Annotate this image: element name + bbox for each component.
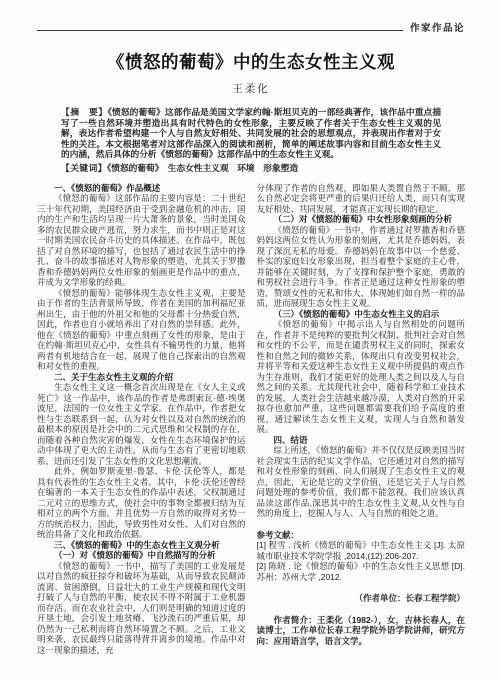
right-column: 分体现了作者的自然观，即如果人类置自然于不顾，那么自然必定会将更严重的后果归还给… [257,183,466,656]
body-paragraph: 《愤怒的葡萄》一书中，描写了美国的工业发展是以对自然的疯狂掠夺和破坏为基础，从而… [37,561,246,656]
section-heading: 一、《愤怒的葡萄》作品概述 [37,183,246,194]
abstract-label: 【摘 要】 [61,107,108,117]
section-heading: 三、《愤怒的葡萄》中的生态女性主义观分析 [37,540,246,551]
continuation-paragraph: 分体现了作者的自然观，即如果人类置自然于不顾，那么自然必定会将更严重的后果归还给… [257,183,466,215]
section-heading: （三）《愤怒的葡萄》中生态女性主义的启示 [257,309,466,320]
column-section-label: 作家作品论 [403,20,465,34]
section-heading: 二、关于生态女性主义观的介绍 [37,372,246,383]
header-rule [37,30,403,31]
section-heading: （二）对《愤怒的葡萄》中女性形象刻画的分析 [257,214,466,225]
reference-item: [2] 陈晓 . 论《愤怒的葡萄》中的生态女性主义思想 [D]. 苏州：苏州大学… [257,561,466,582]
author-bio: 作者简介：王柔化（1982-），女，吉林长春人，在读博士，工作单位长春工程学院外… [257,615,466,647]
keywords-label: 【关键词】 [61,163,107,173]
abstract-paragraph: 【摘 要】《愤怒的葡萄》这部作品是美国文学家约翰·斯坦贝克的一部经典著作，该作品… [61,107,441,160]
body-paragraph: 综上所述，《愤怒的葡萄》并不仅仅是反映美国当时社会现实生活的纪实文学作品，它还通… [257,445,466,519]
article-title: 《愤怒的葡萄》中的生态女性主义观 [37,49,465,74]
body-paragraph: 《愤怒的葡萄》这部作品的主要内容是：二十世纪三十年代初期，美国经济由于受到金融危… [37,193,246,288]
page-header: 作家作品论 [37,20,465,34]
author-affiliation: （作者单位：长春工程学院） [257,593,466,604]
article-author: 王柔化 [37,81,465,96]
abstract-text: 《愤怒的葡萄》这部作品是美国文学家约翰·斯坦贝克的一部经典著作，该作品中重点描写… [61,107,441,159]
body-paragraph: 《愤怒的葡萄》能够体现生态女性主义观，主要是由于作者的生活背景所导致，作者在美国… [37,288,246,372]
body-paragraph: 生态女性主义这一概念首次出现是在《女人主义或死亡》这一作品中，该作品的作者是弗朗… [37,382,246,466]
article-body: 一、《愤怒的葡萄》作品概述《愤怒的葡萄》这部作品的主要内容是：二十世纪三十年代初… [37,183,465,656]
keywords-paragraph: 【关键词】《愤怒的葡萄》 生态女性主义观 环境 形象塑造 [61,163,441,174]
section-heading: 四、结语 [257,435,466,446]
abstract-block: 【摘 要】《愤怒的葡萄》这部作品是美国文学家约翰·斯坦贝克的一部经典著作，该作品… [37,107,465,174]
references-heading: 参考文献： [257,530,466,541]
body-paragraph: 《愤怒的葡萄》一书中，作者通过对罗撒香和乔德妈妈这两位女性认为形象的刻画，尤其是… [257,225,466,309]
journal-page: 作家作品论 《愤怒的葡萄》中的生态女性主义观 王柔化 【摘 要】《愤怒的葡萄》这… [0,0,500,679]
body-paragraph: 《愤怒的葡萄》中揭示出人与自然相处的问题所在，作者并不是纯粹的要批判父权制、批判… [257,319,466,435]
reference-item: [1] 程雪 . 浅析《愤怒的葡萄》中生态女性主义 [J]. 太原城市职业技术学… [257,540,466,561]
left-column: 一、《愤怒的葡萄》作品概述《愤怒的葡萄》这部作品的主要内容是：二十世纪三十年代初… [37,183,246,656]
section-heading: （一）对《愤怒的葡萄》中自然描写的分析 [37,550,246,561]
keywords-text: 《愤怒的葡萄》 生态女性主义观 环境 形象塑造 [107,163,298,173]
body-paragraph: 此外，例如罗斯麦里·鲁瑟、卡伦·沃伦等人，都是具有代表性的生态女性主义者。其中，… [37,466,246,540]
